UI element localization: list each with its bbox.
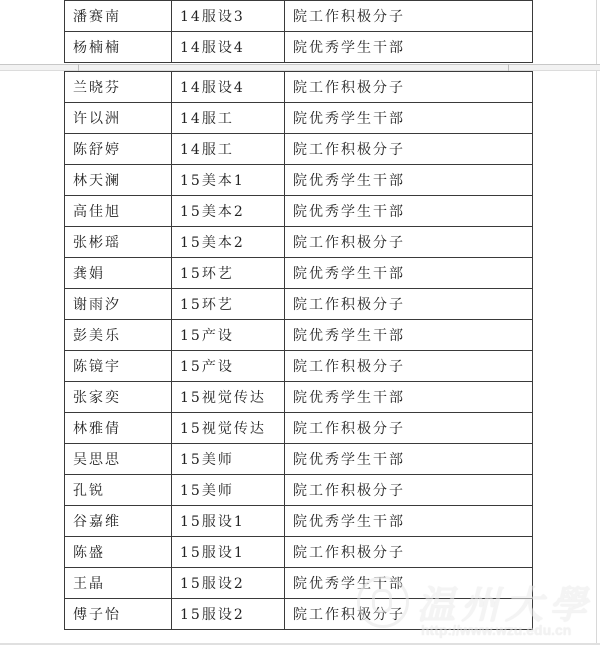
class-cell: 15美本2 [172,227,285,258]
class-cell: 15美师 [172,475,285,506]
award-cell: 院优秀学生干部 [285,320,533,351]
student-name-cell: 陈镜宇 [65,351,172,382]
award-table-page-1: 潘赛南14服设3院工作积极分子杨楠楠14服设4院优秀学生干部 [64,0,533,63]
award-cell: 院工作积极分子 [285,227,533,258]
student-name-cell: 傅子怡 [65,599,172,630]
table-row: 陈舒婷14服工院工作积极分子 [65,134,533,165]
table-row: 王晶15服设2院优秀学生干部 [65,568,533,599]
page-break [0,64,600,71]
student-name-cell: 许以洲 [65,103,172,134]
table-row: 高佳旭15美本2院优秀学生干部 [65,196,533,227]
table-row: 吴思思15美师院优秀学生干部 [65,444,533,475]
award-cell: 院优秀学生干部 [285,568,533,599]
class-cell: 14服设4 [172,32,285,63]
award-cell: 院优秀学生干部 [285,382,533,413]
class-cell: 14服工 [172,103,285,134]
award-cell: 院工作积极分子 [285,537,533,568]
student-name-cell: 吴思思 [65,444,172,475]
table-row: 张彬瑶15美本2院工作积极分子 [65,227,533,258]
table-row: 龚娟15环艺院优秀学生干部 [65,258,533,289]
class-cell: 15视觉传达 [172,382,285,413]
student-name-cell: 兰晓芬 [65,72,172,103]
award-cell: 院工作积极分子 [285,72,533,103]
class-cell: 15服设2 [172,568,285,599]
award-cell: 院工作积极分子 [285,134,533,165]
award-table-page-2: 兰晓芬14服设4院工作积极分子许以洲14服工院优秀学生干部陈舒婷14服工院工作积… [64,71,533,630]
award-cell: 院优秀学生干部 [285,444,533,475]
student-name-cell: 王晶 [65,568,172,599]
student-name-cell: 林天澜 [65,165,172,196]
class-cell: 15服设1 [172,537,285,568]
table-row: 彭美乐15产设院优秀学生干部 [65,320,533,351]
award-cell: 院优秀学生干部 [285,103,533,134]
class-cell: 15美师 [172,444,285,475]
table-row: 孔锐15美师院工作积极分子 [65,475,533,506]
class-cell: 15视觉传达 [172,413,285,444]
award-cell: 院工作积极分子 [285,289,533,320]
award-cell: 院优秀学生干部 [285,506,533,537]
table-row: 陈盛15服设1院工作积极分子 [65,537,533,568]
class-cell: 14服设4 [172,72,285,103]
student-name-cell: 高佳旭 [65,196,172,227]
table-row: 许以洲14服工院优秀学生干部 [65,103,533,134]
student-name-cell: 潘赛南 [65,1,172,32]
award-cell: 院工作积极分子 [285,413,533,444]
class-cell: 14服工 [172,134,285,165]
class-cell: 15美本1 [172,165,285,196]
award-cell: 院工作积极分子 [285,1,533,32]
table-row: 潘赛南14服设3院工作积极分子 [65,1,533,32]
table-row: 陈镜宇15产设院工作积极分子 [65,351,533,382]
table-row: 林雅倩15视觉传达院工作积极分子 [65,413,533,444]
student-name-cell: 林雅倩 [65,413,172,444]
award-cell: 院优秀学生干部 [285,32,533,63]
table-row: 林天澜15美本1院优秀学生干部 [65,165,533,196]
class-cell: 15产设 [172,351,285,382]
class-cell: 15服设1 [172,506,285,537]
table-row: 张家奕15视觉传达院优秀学生干部 [65,382,533,413]
student-name-cell: 谷嘉维 [65,506,172,537]
award-cell: 院优秀学生干部 [285,196,533,227]
award-cell: 院优秀学生干部 [285,258,533,289]
table-row: 谢雨汐15环艺院工作积极分子 [65,289,533,320]
student-name-cell: 张家奕 [65,382,172,413]
class-cell: 15美本2 [172,196,285,227]
student-name-cell: 彭美乐 [65,320,172,351]
award-cell: 院工作积极分子 [285,351,533,382]
student-name-cell: 龚娟 [65,258,172,289]
class-cell: 15服设2 [172,599,285,630]
student-name-cell: 杨楠楠 [65,32,172,63]
student-name-cell: 谢雨汐 [65,289,172,320]
student-name-cell: 孔锐 [65,475,172,506]
student-name-cell: 陈盛 [65,537,172,568]
award-cell: 院工作积极分子 [285,599,533,630]
student-name-cell: 陈舒婷 [65,134,172,165]
table-row: 谷嘉维15服设1院优秀学生干部 [65,506,533,537]
table-row: 杨楠楠14服设4院优秀学生干部 [65,32,533,63]
class-cell: 15环艺 [172,258,285,289]
class-cell: 15产设 [172,320,285,351]
page-edge [596,0,597,645]
class-cell: 15环艺 [172,289,285,320]
table-row: 傅子怡15服设2院工作积极分子 [65,599,533,630]
class-cell: 14服设3 [172,1,285,32]
table-row: 兰晓芬14服设4院工作积极分子 [65,72,533,103]
student-name-cell: 张彬瑶 [65,227,172,258]
award-cell: 院优秀学生干部 [285,165,533,196]
award-cell: 院工作积极分子 [285,475,533,506]
